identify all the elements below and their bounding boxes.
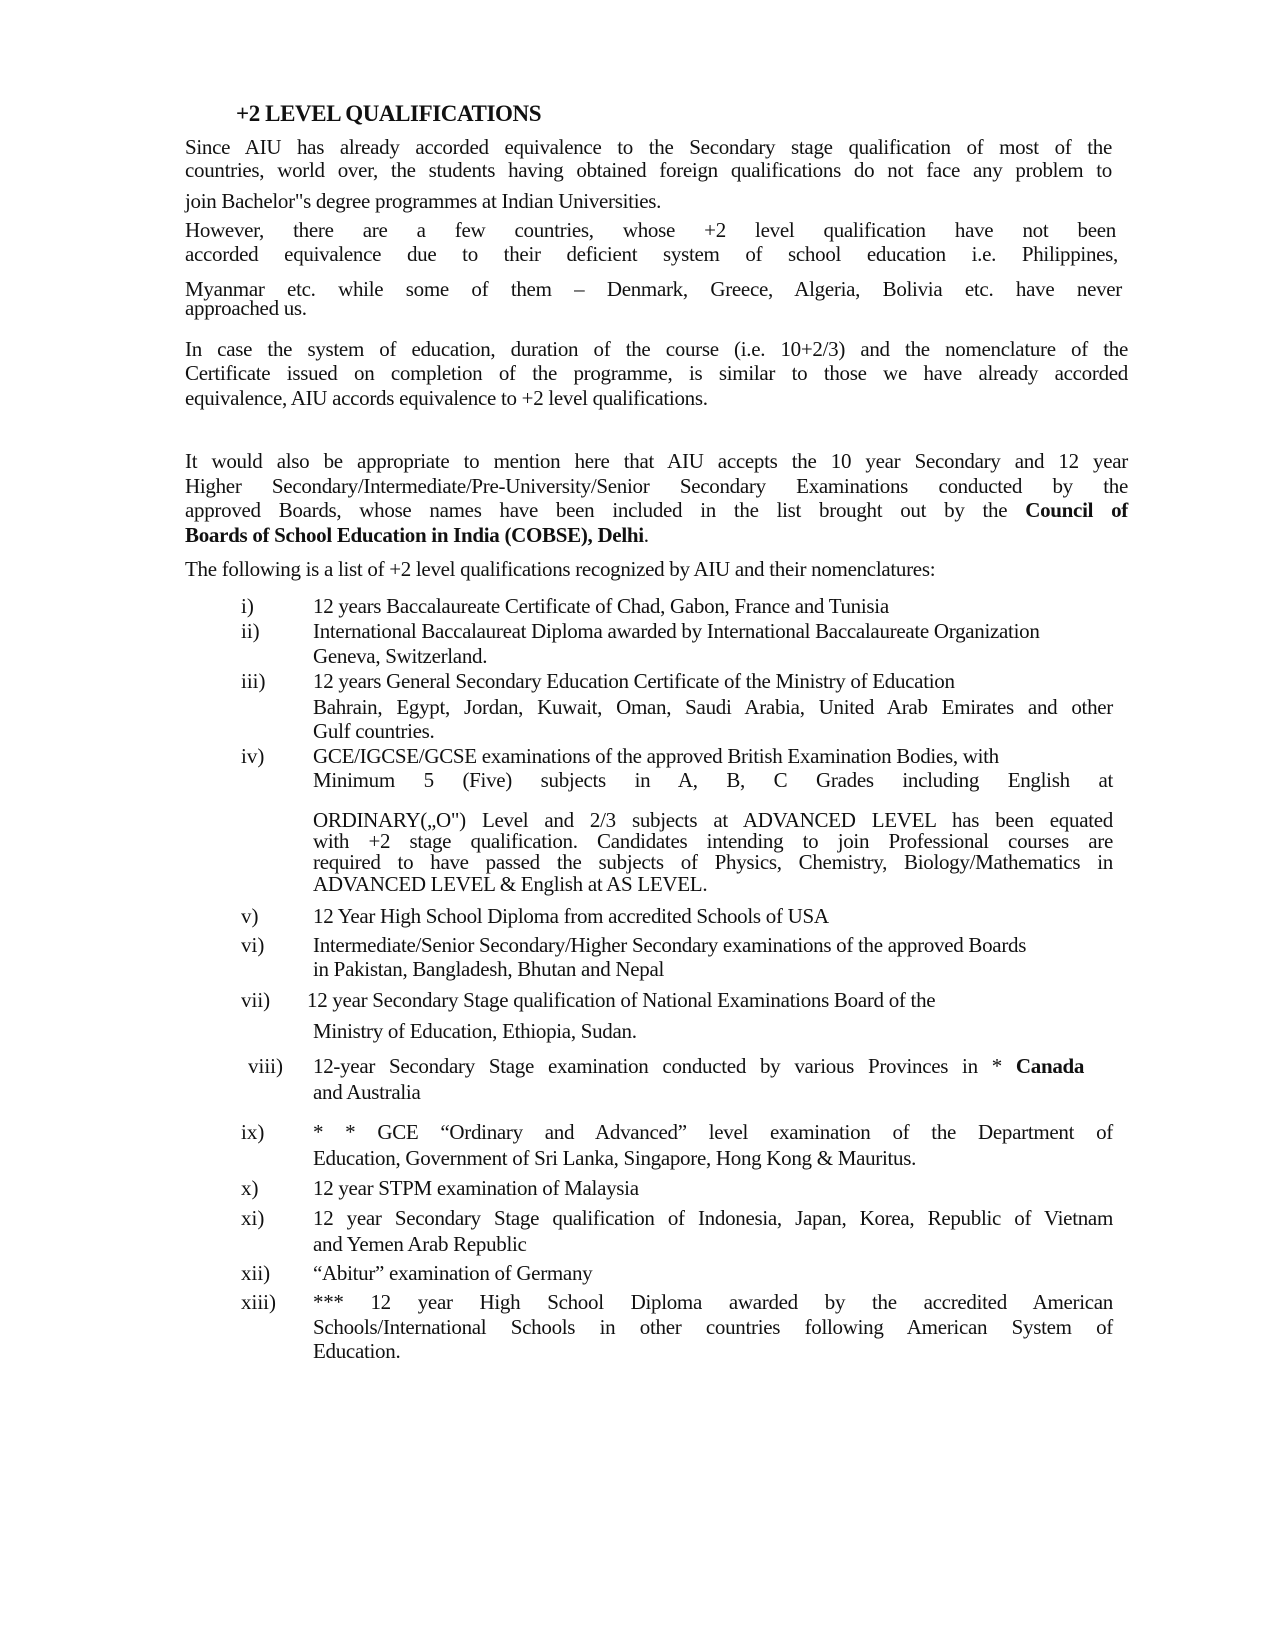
para3-line: Certificate issued on completion of the … <box>185 361 1128 385</box>
para4-line: It would also be appropriate to mention … <box>185 449 1128 473</box>
list-item-number: xii) <box>241 1261 270 1285</box>
list-item-line: * * GCE “Ordinary and Advanced” level ex… <box>313 1120 1113 1144</box>
list-item-line: Education, Government of Sri Lanka, Sing… <box>313 1146 916 1170</box>
list-item-line: 12 years General Secondary Education Cer… <box>313 669 955 693</box>
para4-line: approved Boards, whose names have been i… <box>185 498 1128 522</box>
list-item-line: Bahrain, Egypt, Jordan, Kuwait, Oman, Sa… <box>313 695 1113 719</box>
list-item-line: Ministry of Education, Ethiopia, Sudan. <box>313 1019 637 1043</box>
list-item-line: 12 year Secondary Stage qualification of… <box>307 988 935 1012</box>
list-item-number: iii) <box>241 669 266 693</box>
list-item-line: Intermediate/Senior Secondary/Higher Sec… <box>313 933 1026 957</box>
para4-line: Boards of School Education in India (COB… <box>185 523 649 547</box>
list-item-line: Schools/International Schools in other c… <box>313 1315 1113 1339</box>
para2-line: accorded equivalence due to their defici… <box>185 242 1118 266</box>
list-item-line: “Abitur” examination of Germany <box>313 1261 592 1285</box>
list-item-number: x) <box>241 1176 259 1200</box>
list-item-number: xiii) <box>241 1290 276 1314</box>
cobse-name-part1: Council of <box>1025 498 1128 522</box>
list-item-number: ix) <box>241 1120 264 1144</box>
list-item-number: iv) <box>241 744 264 768</box>
list-item-line: 12 years Baccalaureate Certificate of Ch… <box>313 594 889 618</box>
bold-country: Canada <box>1016 1054 1084 1078</box>
list-item-line: GCE/IGCSE/GCSE examinations of the appro… <box>313 744 999 768</box>
para2-line: Myanmar etc. while some of them – Denmar… <box>185 277 1122 301</box>
para1-line: Since AIU has already accorded equivalen… <box>185 135 1112 159</box>
list-item-line: required to have passed the subjects of … <box>313 850 1113 874</box>
list-item-line: Education. <box>313 1339 400 1363</box>
para3-line: In case the system of education, duratio… <box>185 337 1128 361</box>
para2-line: approached us. <box>185 296 307 320</box>
list-item-number: i) <box>241 594 254 618</box>
list-item-line: and Australia <box>313 1080 421 1104</box>
list-item-line: *** 12 year High School Diploma awarded … <box>313 1290 1113 1314</box>
list-item-number: ii) <box>241 619 260 643</box>
list-item-number: vii) <box>241 988 270 1012</box>
list-item-line: International Baccalaureat Diploma award… <box>313 619 1040 643</box>
list-item-line: ADVANCED LEVEL & English at AS LEVEL. <box>313 872 707 896</box>
list-item-number: viii) <box>248 1054 283 1078</box>
para2-line: However, there are a few countries, whos… <box>185 218 1116 242</box>
list-item-number: xi) <box>241 1206 264 1230</box>
list-item-line: and Yemen Arab Republic <box>313 1232 527 1256</box>
list-item-line: 12-year Secondary Stage examination cond… <box>313 1054 1084 1078</box>
cobse-name-part2: Boards of School Education in India (COB… <box>185 523 644 547</box>
list-item-line: Minimum 5 (Five) subjects in A, B, C Gra… <box>313 768 1113 792</box>
para4-text: approved Boards, whose names have been i… <box>185 498 1007 522</box>
list-item-number: vi) <box>241 933 264 957</box>
list-item-line: Geneva, Switzerland. <box>313 644 487 668</box>
para3-line: equivalence, AIU accords equivalence to … <box>185 386 708 410</box>
list-item-number: v) <box>241 904 259 928</box>
list-item-line: in Pakistan, Bangladesh, Bhutan and Nepa… <box>313 957 664 981</box>
page-title: +2 LEVEL QUALIFICATIONS <box>236 101 541 127</box>
para4-line: Higher Secondary/Intermediate/Pre-Univer… <box>185 474 1128 498</box>
list-item-line: 12 Year High School Diploma from accredi… <box>313 904 829 928</box>
list-item-line: 12 year Secondary Stage qualification of… <box>313 1206 1113 1230</box>
para1-line: join Bachelor"s degree programmes at Ind… <box>185 189 661 213</box>
list-intro: The following is a list of +2 level qual… <box>185 557 935 581</box>
list-item-line: Gulf countries. <box>313 719 434 743</box>
para1-line: countries, world over, the students havi… <box>185 158 1112 182</box>
list-item-line: 12 year STPM examination of Malaysia <box>313 1176 639 1200</box>
